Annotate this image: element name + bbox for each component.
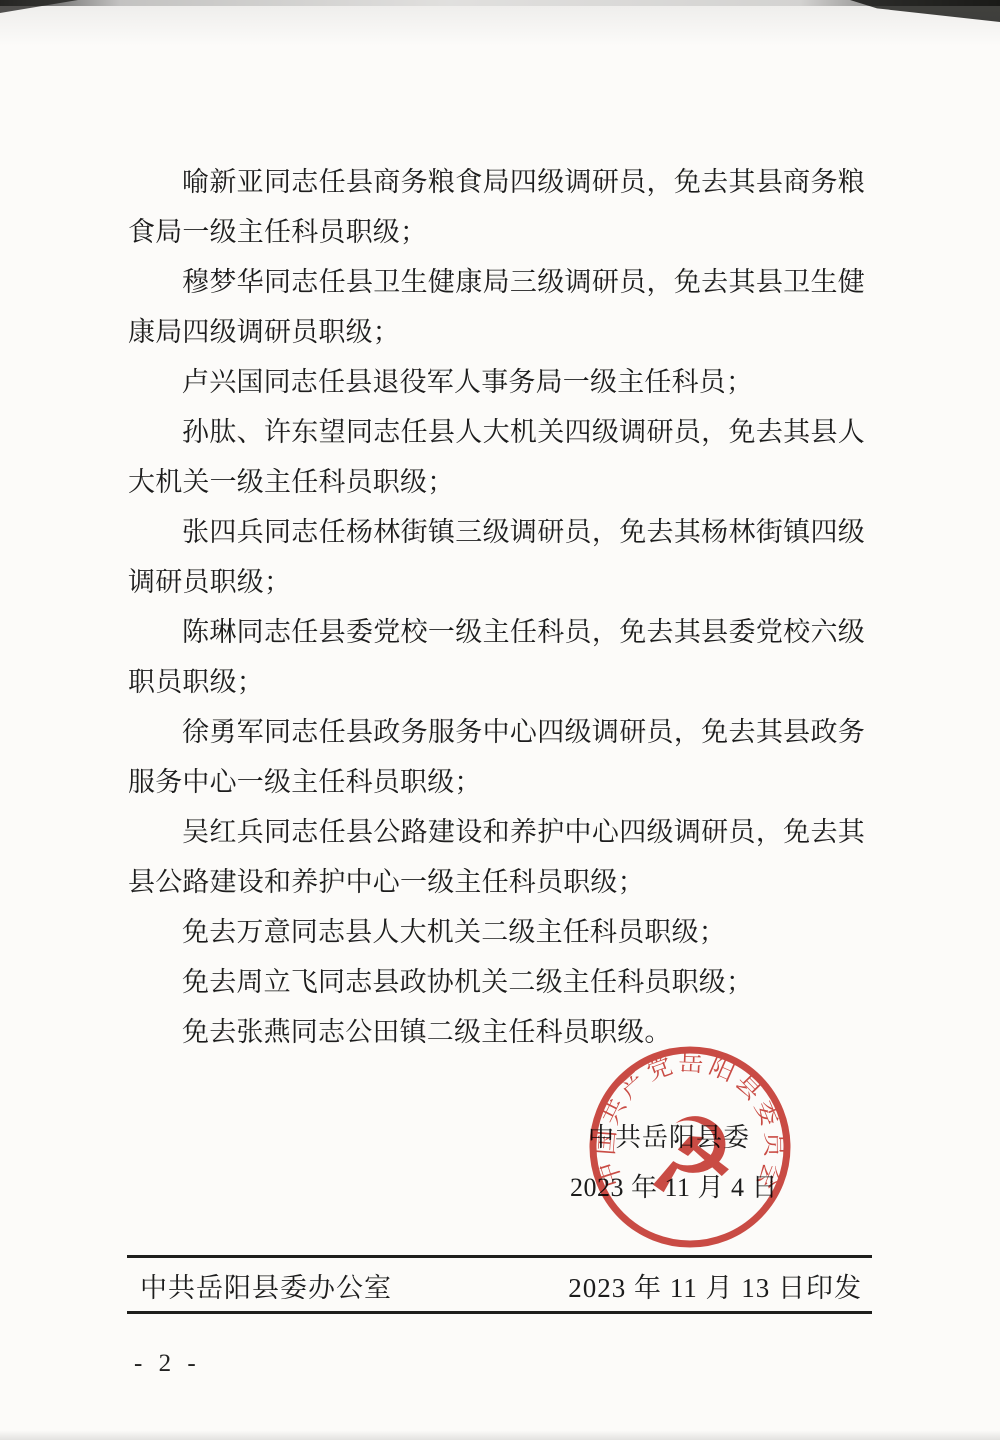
body-paragraph: 张四兵同志任杨林街镇三级调研员，免去其杨林街镇四级调研员职级； [128,507,865,607]
footer-rule-bottom [127,1311,872,1314]
body-paragraph: 吴红兵同志任县公路建设和养护中心四级调研员，免去其县公路建设和养护中心一级主任科… [128,807,865,907]
scan-shading-top [0,6,1000,46]
body-paragraph: 孙肽、许东望同志任县人大机关四级调研员，免去其县人大机关一级主任科员职级； [128,407,865,507]
body-paragraph: 徐勇军同志任县政务服务中心四级调研员，免去其县政务服务中心一级主任科员职级； [128,707,865,807]
body-paragraph: 喻新亚同志任县商务粮食局四级调研员，免去其县商务粮食局一级主任科员职级； [128,157,865,257]
document-page: 喻新亚同志任县商务粮食局四级调研员，免去其县商务粮食局一级主任科员职级；穆梦华同… [0,0,1000,1440]
body-paragraph: 免去周立飞同志县政协机关二级主任科员职级； [128,957,865,1007]
body-paragraph: 穆梦华同志任县卫生健康局三级调研员，免去其县卫生健康局四级调研员职级； [128,257,865,357]
scan-shading-bottom [0,1430,1000,1440]
footer-row: 中共岳阳县委办公室 2023 年 11 月 13 日印发 [140,1266,862,1305]
body-paragraph: 陈琳同志任县委党校一级主任科员，免去其县委党校六级职员职级； [128,607,865,707]
footer-issuer: 中共岳阳县委办公室 [140,1266,392,1305]
body-paragraph: 卢兴国同志任县退役军人事务局一级主任科员； [128,357,865,407]
body-paragraph: 免去张燕同志公田镇二级主任科员职级。 [128,1007,865,1057]
footer-rule-top [127,1255,872,1258]
signature-date: 2023 年 11 月 4 日 [570,1167,778,1204]
footer-print-date: 2023 年 11 月 13 日印发 [568,1266,862,1305]
body-paragraph: 免去万意同志县人大机关二级主任科员职级； [128,907,865,957]
page-number: - 2 - [134,1350,199,1378]
document-body: 喻新亚同志任县商务粮食局四级调研员，免去其县商务粮食局一级主任科员职级；穆梦华同… [128,157,865,1057]
signature-authority: 中共岳阳县委 [588,1117,750,1154]
